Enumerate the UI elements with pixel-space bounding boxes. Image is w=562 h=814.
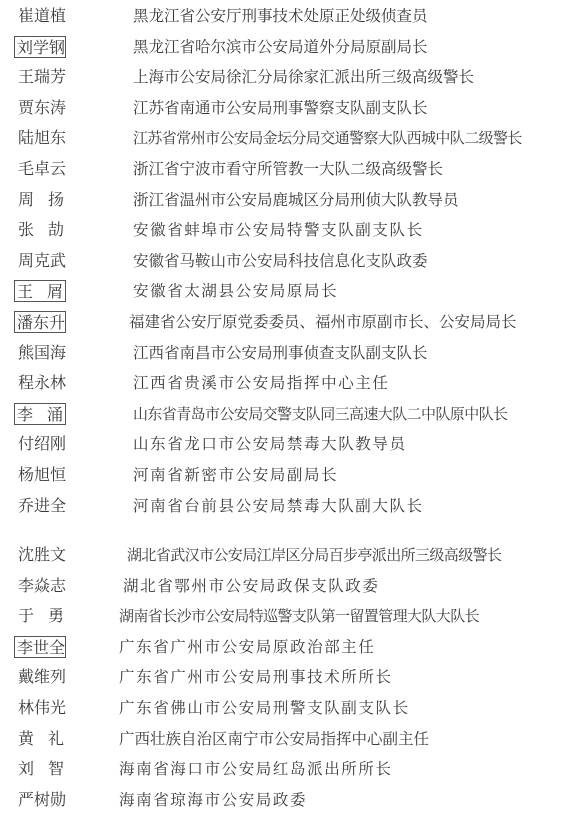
name-char: 劼 xyxy=(48,219,64,241)
name-char: 杨 xyxy=(18,464,34,486)
person-name: 戴 维 列 xyxy=(17,666,65,688)
name-char: 东 xyxy=(50,127,66,149)
list-item: 贾 东 涛 江苏省南通市公安局刑事警察支队副支队长 xyxy=(0,94,562,124)
name-char: 克 xyxy=(34,250,50,272)
list-item: 戴 维 列 广东省广州市公安局刑事技术所所长 xyxy=(0,663,562,693)
name-char: 芳 xyxy=(50,66,66,88)
person-title: 湖北省武汉市公安局江岸区分局百步亭派出所三级高级警长 xyxy=(127,544,501,566)
person-name: 熊 国 海 xyxy=(17,342,65,364)
name-char: 卓 xyxy=(34,158,50,180)
person-title: 湖北省鄂州市公安局政保支队政委 xyxy=(123,575,380,597)
name-char: 伟 xyxy=(34,697,50,719)
name-char: 于 xyxy=(18,605,34,627)
name-char: 焱 xyxy=(34,575,50,597)
name-char: 旭 xyxy=(34,464,50,486)
name-char: 全 xyxy=(49,637,65,657)
person-name: 付 绍 刚 xyxy=(17,433,65,455)
person-name: 黄 礼 xyxy=(17,728,65,750)
person-name-boxed: 王 屑 xyxy=(14,280,66,302)
person-title: 江苏省南通市公安局刑事警察支队副支队长 xyxy=(133,97,428,119)
list-item: 潘 东 升 福建省公安厅原党委委员、福州市原副市长、公安局局长 xyxy=(0,308,562,338)
name-char: 屑 xyxy=(47,281,63,301)
list-item: 崔 道 植 黑龙江省公安厅刑事技术处原正处级侦查员 xyxy=(0,2,562,32)
person-title: 河南省新密市公安局副局长 xyxy=(133,464,338,486)
person-title: 广东省广州市公安局原政治部主任 xyxy=(119,636,376,658)
name-char: 世 xyxy=(33,637,49,657)
name-char: 文 xyxy=(50,544,66,566)
name-char: 永 xyxy=(34,372,50,394)
person-name: 贾 东 涛 xyxy=(17,97,65,119)
list-item: 王 屑 安徽省太湖县公安局原局长 xyxy=(0,277,562,307)
name-char: 潘 xyxy=(17,312,33,332)
name-char: 陆 xyxy=(18,127,34,149)
person-name: 乔 进 全 xyxy=(17,495,65,517)
name-char: 张 xyxy=(18,219,34,241)
person-title: 海南省琼海市公安局政委 xyxy=(119,789,307,811)
name-char: 沈 xyxy=(18,544,34,566)
person-name: 周 克 武 xyxy=(17,250,65,272)
name-char: 智 xyxy=(48,758,64,780)
name-char: 武 xyxy=(50,250,66,272)
name-char: 东 xyxy=(34,97,50,119)
person-name: 于 勇 xyxy=(17,605,65,627)
name-char: 国 xyxy=(34,342,50,364)
person-name: 程 永 林 xyxy=(17,372,65,394)
list-item: 沈 胜 文 湖北省武汉市公安局江岸区分局百步亭派出所三级高级警长 xyxy=(0,541,562,571)
name-char: 志 xyxy=(50,575,66,597)
person-title: 海南省海口市公安局红岛派出所所长 xyxy=(119,758,393,780)
name-char: 绍 xyxy=(34,433,50,455)
name-char: 植 xyxy=(50,5,66,27)
name-char: 林 xyxy=(50,372,66,394)
person-name: 王 瑞 芳 xyxy=(17,66,65,88)
name-char: 维 xyxy=(34,666,50,688)
person-name: 陆 旭 东 xyxy=(17,127,65,149)
name-char: 黄 xyxy=(18,728,34,750)
name-char: 李 xyxy=(18,575,34,597)
name-char: 付 xyxy=(18,433,34,455)
name-char: 刘 xyxy=(18,758,34,780)
list-item: 刘 学 钢 黑龙江省哈尔滨市公安局道外分局原副局长 xyxy=(0,33,562,63)
list-item: 陆 旭 东 江苏省常州市公安局金坛分局交通警察大队西城中队二级警长 xyxy=(0,124,562,154)
name-char: 涌 xyxy=(47,404,63,424)
name-char: 旭 xyxy=(34,127,50,149)
list-item: 程 永 林 江西省贵溪市公安局指挥中心主任 xyxy=(0,369,562,399)
person-name-boxed: 李 涌 xyxy=(14,403,66,425)
person-name: 李 焱 志 xyxy=(17,575,65,597)
list-item: 严 树 勋 海南省琼海市公安局政委 xyxy=(0,786,562,814)
list-item: 于 勇 湖南省长沙市公安局特巡警支队第一留置管理大队大队长 xyxy=(0,602,562,632)
list-item: 李 焱 志 湖北省鄂州市公安局政保支队政委 xyxy=(0,572,562,602)
person-title: 江西省贵溪市公安局指挥中心主任 xyxy=(133,372,390,394)
name-char: 严 xyxy=(18,789,34,811)
person-name-boxed: 刘 学 钢 xyxy=(14,36,66,58)
name-char: 海 xyxy=(50,342,66,364)
list-item: 李 涌 山东省青岛市公安局交警支队同三高速大队二中队原中队长 xyxy=(0,400,562,430)
name-char: 周 xyxy=(18,189,34,211)
list-item: 杨 旭 恒 河南省新密市公安局副局长 xyxy=(0,461,562,491)
name-char: 学 xyxy=(33,37,49,57)
person-title: 湖南省长沙市公安局特巡警支队第一留置管理大队大队长 xyxy=(119,605,479,627)
name-char: 毛 xyxy=(18,158,34,180)
name-char: 李 xyxy=(17,404,33,424)
name-char: 扬 xyxy=(48,189,64,211)
name-char: 林 xyxy=(18,697,34,719)
name-char: 云 xyxy=(50,158,66,180)
name-char: 熊 xyxy=(18,342,34,364)
person-name: 周 扬 xyxy=(17,189,65,211)
list-item: 毛 卓 云 浙江省宁波市看守所管教一大队二级高级警长 xyxy=(0,155,562,185)
name-char: 升 xyxy=(49,312,65,332)
list-item: 乔 进 全 河南省台前县公安局禁毒大队副大队长 xyxy=(0,492,562,522)
list-item: 林 伟 光 广东省佛山市公安局刑警支队副支队长 xyxy=(0,694,562,724)
list-item: 周 扬 浙江省温州市公安局鹿城区分局刑侦大队教导员 xyxy=(0,186,562,216)
name-char: 道 xyxy=(34,5,50,27)
name-char: 崔 xyxy=(18,5,34,27)
person-title: 河南省台前县公安局禁毒大队副大队长 xyxy=(133,495,424,517)
person-name: 严 树 勋 xyxy=(17,789,65,811)
name-char: 礼 xyxy=(48,728,64,750)
name-char: 刘 xyxy=(17,37,33,57)
person-title: 浙江省宁波市看守所管教一大队二级高级警长 xyxy=(133,158,443,180)
person-name: 刘 智 xyxy=(17,758,65,780)
person-title: 福建省公安厅原党委委员、福州市原副市长、公安局局长 xyxy=(129,311,517,333)
person-title: 广西壮族自治区南宁市公安局指挥中心副主任 xyxy=(119,728,429,750)
person-name: 杨 旭 恒 xyxy=(17,464,65,486)
name-char: 贾 xyxy=(18,97,34,119)
list-item: 黄 礼 广西壮族自治区南宁市公安局指挥中心副主任 xyxy=(0,725,562,755)
name-char: 恒 xyxy=(50,464,66,486)
name-char: 进 xyxy=(34,495,50,517)
name-char: 王 xyxy=(18,66,34,88)
person-name: 崔 道 植 xyxy=(17,5,65,27)
person-title: 安徽省太湖县公安局原局长 xyxy=(133,280,338,302)
list-item: 刘 智 海南省海口市公安局红岛派出所所长 xyxy=(0,755,562,785)
person-title: 江西省南昌市公安局刑事侦查支队副支队长 xyxy=(133,342,428,364)
person-title: 黑龙江省公安厅刑事技术处原正处级侦查员 xyxy=(133,5,428,27)
name-char: 胜 xyxy=(34,544,50,566)
name-char: 勇 xyxy=(48,605,64,627)
list-item: 王 瑞 芳 上海市公安局徐汇分局徐家汇派出所三级高级警长 xyxy=(0,63,562,93)
person-name: 张 劼 xyxy=(17,219,65,241)
name-char: 王 xyxy=(17,281,33,301)
person-title: 江苏省常州市公安局金坛分局交通警察大队西城中队二级警长 xyxy=(133,127,522,149)
name-char: 瑞 xyxy=(34,66,50,88)
person-title: 安徽省马鞍山市公安局科技信息化支队政委 xyxy=(133,250,428,272)
person-title: 黑龙江省哈尔滨市公安局道外分局原副局长 xyxy=(133,36,428,58)
list-item: 李 世 全 广东省广州市公安局原政治部主任 xyxy=(0,633,562,663)
person-title: 浙江省温州市公安局鹿城区分局刑侦大队教导员 xyxy=(133,189,459,211)
name-char: 勋 xyxy=(50,789,66,811)
list-item: 付 绍 刚 山东省龙口市公安局禁毒大队教导员 xyxy=(0,430,562,460)
name-char: 李 xyxy=(17,637,33,657)
person-name: 沈 胜 文 xyxy=(17,544,65,566)
name-char: 钢 xyxy=(49,37,65,57)
name-char: 光 xyxy=(50,697,66,719)
name-char: 刚 xyxy=(50,433,66,455)
name-char: 乔 xyxy=(18,495,34,517)
name-char: 树 xyxy=(34,789,50,811)
person-name: 林 伟 光 xyxy=(17,697,65,719)
person-title: 广东省佛山市公安局刑警支队副支队长 xyxy=(119,697,410,719)
person-title: 山东省龙口市公安局禁毒大队教导员 xyxy=(133,433,407,455)
name-char: 戴 xyxy=(18,666,34,688)
person-title: 安徽省蚌埠市公安局特警支队副支队长 xyxy=(133,219,424,241)
person-title: 广东省广州市公安局刑事技术所所长 xyxy=(119,666,393,688)
name-char: 全 xyxy=(50,495,66,517)
list-item: 熊 国 海 江西省南昌市公安局刑事侦查支队副支队长 xyxy=(0,339,562,369)
person-name-boxed: 潘 东 升 xyxy=(14,311,66,333)
name-char: 周 xyxy=(18,250,34,272)
person-title: 上海市公安局徐汇分局徐家汇派出所三级高级警长 xyxy=(133,66,474,88)
name-char: 东 xyxy=(33,312,49,332)
name-char: 涛 xyxy=(50,97,66,119)
person-name: 毛 卓 云 xyxy=(17,158,65,180)
list-item: 张 劼 安徽省蚌埠市公安局特警支队副支队长 xyxy=(0,216,562,246)
person-name-boxed: 李 世 全 xyxy=(14,636,66,658)
list-item: 周 克 武 安徽省马鞍山市公安局科技信息化支队政委 xyxy=(0,247,562,277)
name-char: 列 xyxy=(50,666,66,688)
name-char: 程 xyxy=(18,372,34,394)
person-title: 山东省青岛市公安局交警支队同三高速大队二中队原中队长 xyxy=(133,403,507,425)
